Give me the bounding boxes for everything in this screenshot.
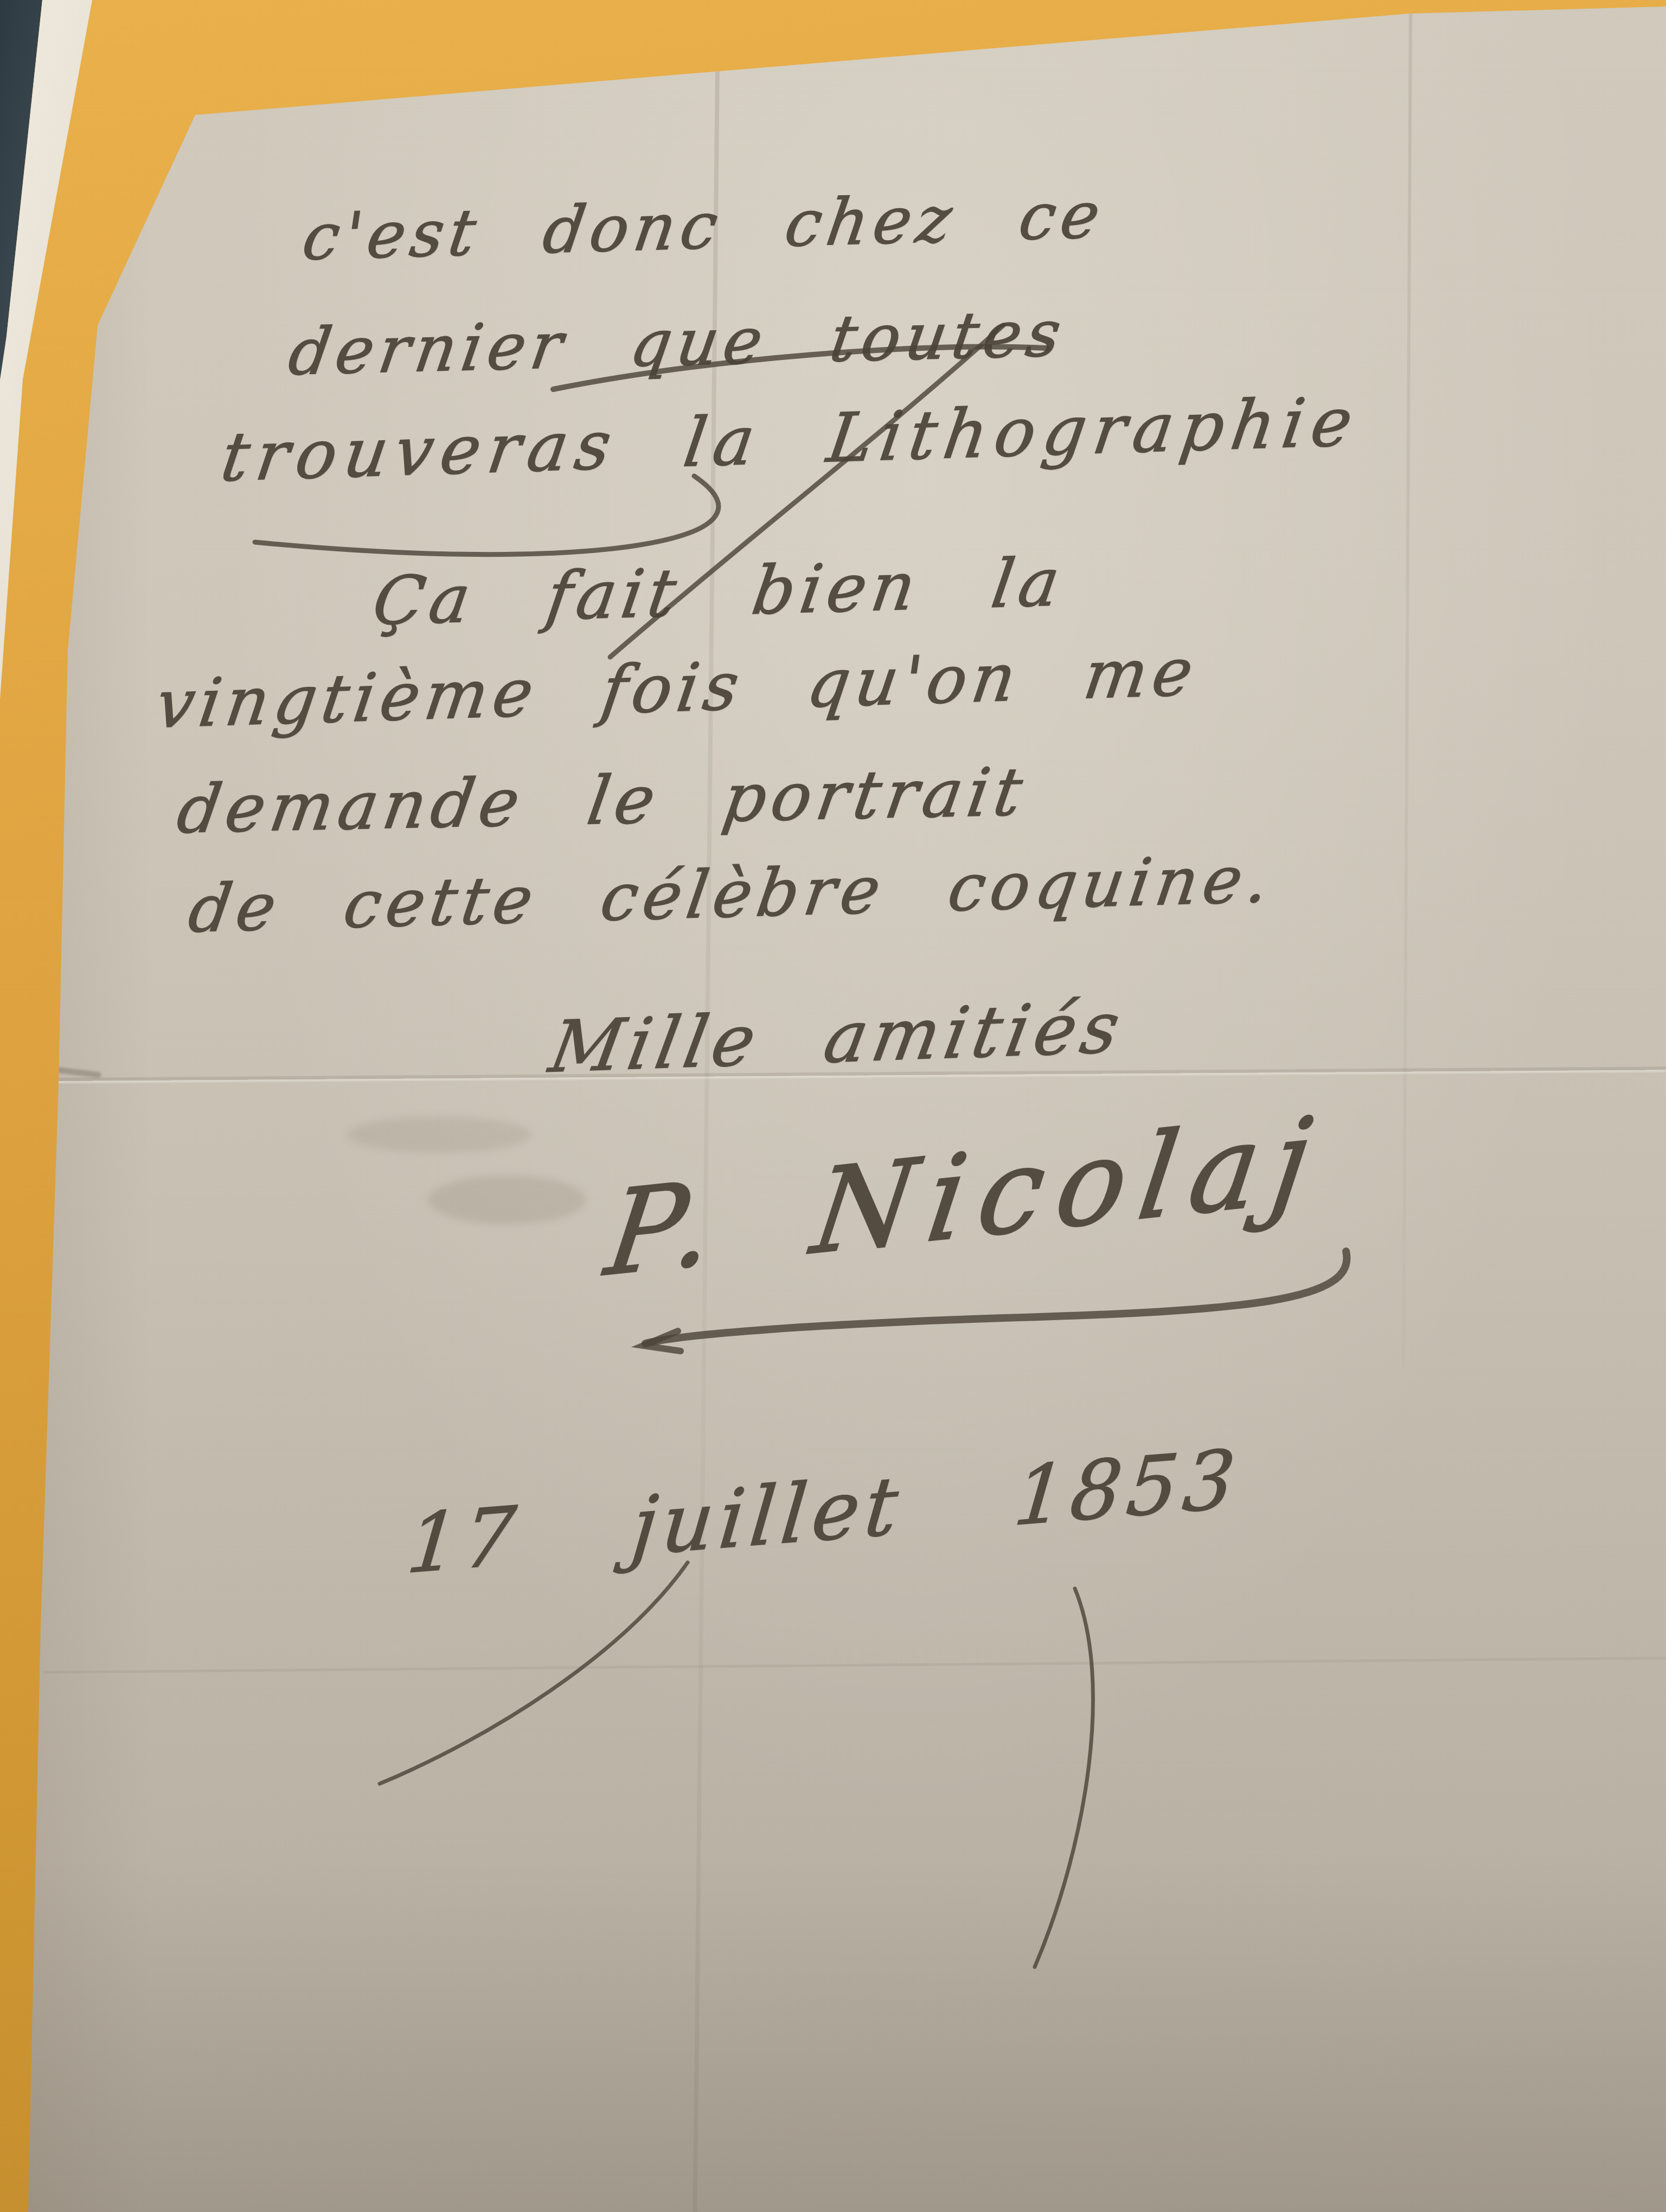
struck-out-word: toutes xyxy=(825,295,1071,376)
handwritten-text: dernier que xyxy=(284,303,773,389)
date-descender-stroke xyxy=(1035,1589,1093,1967)
date-descender-stroke xyxy=(380,1562,688,1784)
photo-of-letter: c'est donc chez ce dernier que toutes tr… xyxy=(0,0,1666,2212)
